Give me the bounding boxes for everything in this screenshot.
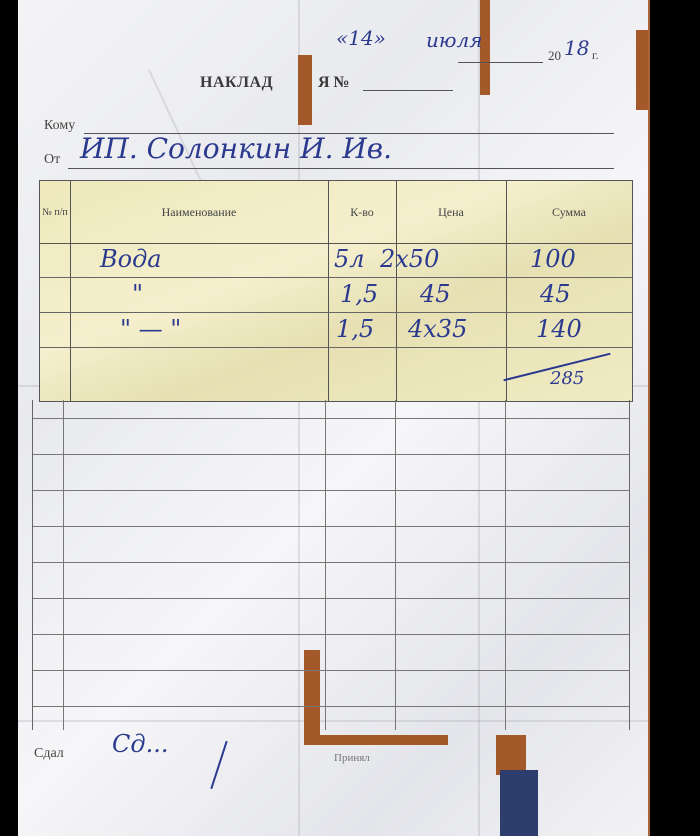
invoice-number-field — [363, 90, 453, 91]
row-qty: 1,5 — [336, 315, 374, 343]
to-label: Кому — [44, 118, 75, 134]
date-year-suffix: 18 — [564, 36, 589, 60]
table-header: № п/п Наименование К-во Цена Сумма — [40, 181, 632, 244]
received-label: Принял — [334, 752, 370, 764]
blank-row-line — [33, 418, 629, 419]
blank-row-line — [33, 490, 629, 491]
handed-signature: Сд... — [112, 730, 168, 758]
from-value: ИП. Солонкин И. Ив. — [80, 132, 392, 165]
blank-row-line — [33, 670, 629, 671]
row-price: 45 — [420, 280, 451, 308]
blank-rows-area — [32, 400, 630, 730]
paper-tear — [318, 735, 448, 745]
col-divider — [325, 400, 326, 730]
row-price: 4x35 — [408, 315, 467, 343]
row-sum: 45 — [540, 280, 571, 308]
table-row: " — " 1,5 4x35 140 — [40, 313, 632, 348]
blank-row-line — [33, 454, 629, 455]
items-table: № п/п Наименование К-во Цена Сумма Вода … — [39, 180, 633, 402]
table-row: Вода 5л 2x50 100 — [40, 243, 632, 278]
header-sum: Сумма — [506, 181, 632, 243]
date-day: «14» — [336, 26, 386, 50]
invoice-title-left: НАКЛАД — [200, 74, 273, 92]
handed-label: Сдал — [34, 746, 64, 762]
blank-row-line — [33, 634, 629, 635]
blank-row-line — [33, 562, 629, 563]
signature-stroke — [210, 741, 227, 789]
paper-tear — [496, 735, 526, 775]
from-label: От — [44, 152, 60, 168]
row-name: " — " — [120, 315, 181, 343]
row-price: 2x50 — [380, 245, 439, 273]
row-sum: 100 — [530, 245, 576, 273]
header-name: Наименование — [70, 181, 328, 243]
date-year-prefix: 20 — [548, 48, 561, 64]
header-price: Цена — [396, 181, 506, 243]
col-divider — [505, 400, 506, 730]
header-num: № п/п — [40, 181, 70, 243]
paper-tear — [636, 30, 648, 110]
row-name: Вода — [100, 245, 162, 273]
from-field — [68, 168, 614, 169]
total-value: 285 — [550, 368, 584, 389]
blue-object-under-paper — [500, 770, 538, 836]
date-year-g: г. — [592, 48, 599, 63]
invoice-paper: «14» июля 20 18 г. НАКЛАД Я № Кому От ИП… — [18, 0, 648, 836]
row-qty: 5л — [334, 245, 365, 273]
blank-row-line — [33, 706, 629, 707]
invoice-title-right: Я № — [318, 74, 350, 92]
blank-row-line — [33, 526, 629, 527]
row-name: " — [132, 280, 143, 308]
date-month: июля — [426, 28, 482, 52]
col-divider — [63, 400, 64, 730]
paper-tear — [298, 55, 312, 125]
date-underline — [458, 62, 543, 63]
header-qty: К-во — [328, 181, 396, 243]
col-divider — [395, 400, 396, 730]
table-row-total: 285 — [40, 348, 632, 382]
row-sum: 140 — [536, 315, 582, 343]
blank-row-line — [33, 598, 629, 599]
table-row: " 1,5 45 45 — [40, 278, 632, 313]
row-qty: 1,5 — [340, 280, 378, 308]
